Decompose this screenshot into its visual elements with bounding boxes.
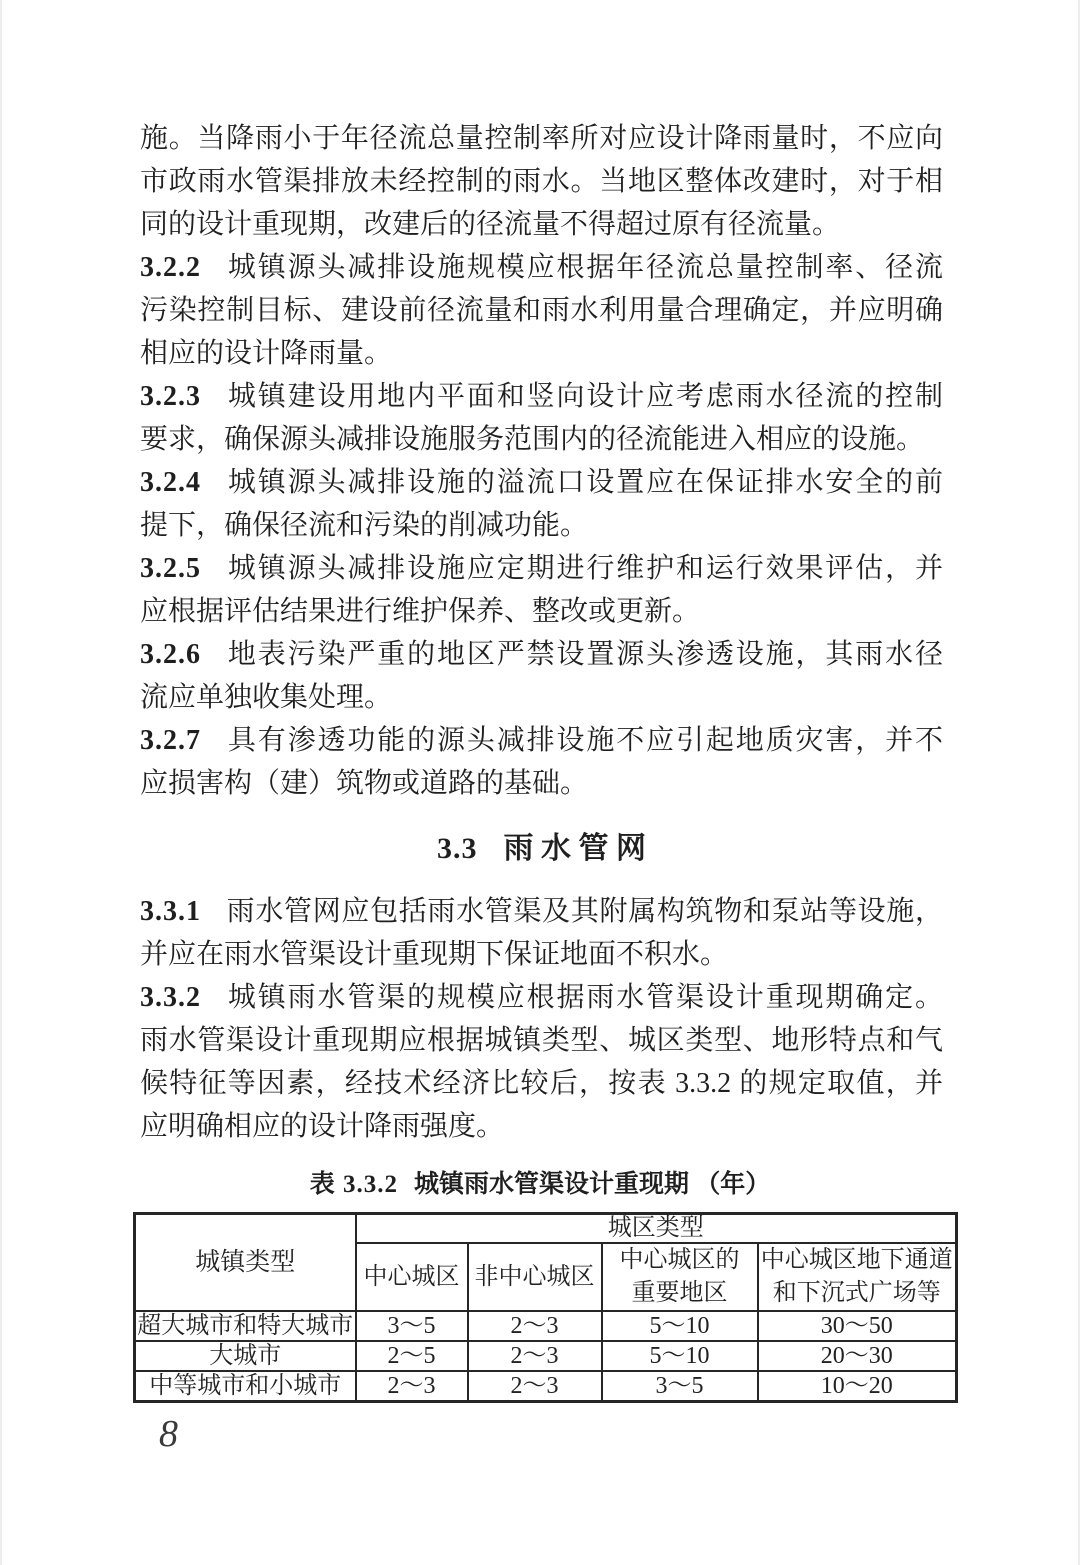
text-line: 并应在雨水管渠设计重现期下保证地面不积水。 (140, 933, 943, 976)
line-text: 提下，确保径流和污染的削减功能。 (140, 510, 588, 541)
value-cell: 2～3 (468, 1341, 602, 1371)
table-caption-number: 表 3.3.2 (310, 1171, 398, 1198)
clause-number: 3.3.1 (140, 896, 201, 927)
paragraph-3-2-4: 3.2.4城镇源头减排设施的溢流口设置应在保证排水安全的前 提下，确保径流和污染… (140, 461, 943, 547)
line-text: 应根据评估结果进行维护保养、整改或更新。 (140, 596, 700, 627)
table-row: 超大城市和特大城市 3～5 2～3 5～10 30～50 (135, 1311, 957, 1341)
section-heading: 3.3雨 水 管 网 (140, 826, 943, 872)
clause-number: 3.2.3 (140, 381, 201, 412)
table-caption: 表 3.3.2城镇雨水管渠设计重现期 （年） (2, 1168, 1078, 1202)
page-number: 8 (159, 1412, 178, 1456)
line-text: 同的设计重现期，改建后的径流量不得超过原有径流量。 (140, 209, 840, 240)
row-label-cell: 超大城市和特大城市 (135, 1311, 356, 1341)
clause-number: 3.2.7 (140, 725, 201, 756)
text-line: 3.3.2城镇雨水管渠的规模应根据雨水管渠设计重现期确定。 (140, 976, 943, 1019)
clause-number: 3.2.2 (140, 252, 201, 283)
line-text: 施。当降雨小于年径流总量控制率所对应设计降雨量时，不应向 (140, 123, 943, 154)
text-line: 流应单独收集处理。 (140, 676, 943, 719)
text-line: 提下，确保径流和污染的削减功能。 (140, 504, 943, 547)
paragraph-3-2-7: 3.2.7具有渗透功能的源头减排设施不应引起地质灾害，并不 应损害构（建）筑物或… (140, 719, 943, 805)
text-line: 应根据评估结果进行维护保养、整改或更新。 (140, 590, 943, 633)
text-line: 3.2.2城镇源头减排设施规模应根据年径流总量控制率、径流 (140, 246, 943, 289)
value-cell: 20～30 (758, 1341, 957, 1371)
value-cell: 30～50 (758, 1311, 957, 1341)
column-header-cell: 中心城区地下通道 和下沉式广场等 (758, 1243, 957, 1311)
value-cell: 5～10 (602, 1311, 758, 1341)
line-text: 城镇源头减排设施规模应根据年径流总量控制率、径流 (226, 252, 943, 283)
value-cell: 2～3 (356, 1371, 468, 1402)
line-text: 并应在雨水管渠设计重现期下保证地面不积水。 (140, 939, 728, 970)
corner-header-cell: 城镇类型 (135, 1214, 356, 1312)
line-text: 城镇建设用地内平面和竖向设计应考虑雨水径流的控制 (226, 381, 943, 412)
line-text: 城镇源头减排设施的溢流口设置应在保证排水安全的前 (226, 467, 943, 498)
line-text: 应损害构（建）筑物或道路的基础。 (140, 768, 588, 799)
text-line: 市政雨水管渠排放未经控制的雨水。当地区整体改建时，对于相 (140, 160, 943, 203)
text-line: 应明确相应的设计降雨强度。 (140, 1105, 943, 1148)
clause-number: 3.3.2 (140, 982, 201, 1013)
value-cell: 3～5 (602, 1371, 758, 1402)
line-text: 流应单独收集处理。 (140, 682, 392, 713)
text-line: 3.2.6地表污染严重的地区严禁设置源头渗透设施，其雨水径 (140, 633, 943, 676)
line-text: 雨水管渠设计重现期应根据城镇类型、城区类型、地形特点和气 (140, 1025, 943, 1056)
column-header-cell: 非中心城区 (468, 1243, 602, 1311)
line-text: 城镇雨水管渠的规模应根据雨水管渠设计重现期确定。 (226, 982, 943, 1013)
column-header-cell: 中心城区 (356, 1243, 468, 1311)
value-cell: 10～20 (758, 1371, 957, 1402)
value-cell: 5～10 (602, 1341, 758, 1371)
value-cell: 2～5 (356, 1341, 468, 1371)
paragraph-3-2-6: 3.2.6地表污染严重的地区严禁设置源头渗透设施，其雨水径 流应单独收集处理。 (140, 633, 943, 719)
section-number: 3.3 (437, 832, 478, 865)
section-title: 雨 水 管 网 (504, 832, 647, 865)
paragraph-3-2-3: 3.2.3城镇建设用地内平面和竖向设计应考虑雨水径流的控制 要求，确保源头减排设… (140, 375, 943, 461)
value-cell: 2～3 (468, 1371, 602, 1402)
paragraph-3-3-1: 3.3.1雨水管网应包括雨水管渠及其附属构筑物和泵站等设施， 并应在雨水管渠设计… (140, 890, 943, 976)
line-text: 市政雨水管渠排放未经控制的雨水。当地区整体改建时，对于相 (140, 166, 943, 197)
text-line: 应损害构（建）筑物或道路的基础。 (140, 762, 943, 805)
text-line: 要求，确保源头减排设施服务范围内的径流能进入相应的设施。 (140, 418, 943, 461)
text-line: 3.2.7具有渗透功能的源头减排设施不应引起地质灾害，并不 (140, 719, 943, 762)
text-line: 3.2.3城镇建设用地内平面和竖向设计应考虑雨水径流的控制 (140, 375, 943, 418)
line-text: 城镇源头减排设施应定期进行维护和运行效果评估，并 (226, 553, 943, 584)
line-text: 污染控制目标、建设前径流量和雨水利用量合理确定，并应明确 (140, 295, 943, 326)
paragraph-3-3-2: 3.3.2城镇雨水管渠的规模应根据雨水管渠设计重现期确定。 雨水管渠设计重现期应… (140, 976, 943, 1148)
table-row: 大城市 2～5 2～3 5～10 20～30 (135, 1341, 957, 1371)
line-text: 具有渗透功能的源头减排设施不应引起地质灾害，并不 (226, 725, 943, 756)
table-row: 中等城市和小城市 2～3 2～3 3～5 10～20 (135, 1371, 957, 1402)
line-text: 候特征等因素，经技术经济比较后，按表 3.3.2 的规定取值，并 (140, 1068, 943, 1099)
table-header-row-1: 城镇类型 城区类型 (135, 1214, 957, 1244)
text-line: 3.2.4城镇源头减排设施的溢流口设置应在保证排水安全的前 (140, 461, 943, 504)
paragraph-3-2-5: 3.2.5城镇源头减排设施应定期进行维护和运行效果评估，并 应根据评估结果进行维… (140, 547, 943, 633)
clause-number: 3.2.6 (140, 639, 201, 670)
column-header-cell: 中心城区的 重要地区 (602, 1243, 758, 1311)
text-line: 施。当降雨小于年径流总量控制率所对应设计降雨量时，不应向 (140, 117, 943, 160)
text-line: 相应的设计降雨量。 (140, 332, 943, 375)
table-caption-title: 城镇雨水管渠设计重现期 （年） (414, 1171, 770, 1198)
text-line: 同的设计重现期，改建后的径流量不得超过原有径流量。 (140, 203, 943, 246)
row-label-cell: 中等城市和小城市 (135, 1371, 356, 1402)
text-line: 3.3.1雨水管网应包括雨水管渠及其附属构筑物和泵站等设施， (140, 890, 943, 933)
clause-number: 3.2.5 (140, 553, 201, 584)
paragraph-3-2-2: 3.2.2城镇源头减排设施规模应根据年径流总量控制率、径流 污染控制目标、建设前… (140, 246, 943, 375)
text-line: 3.2.5城镇源头减排设施应定期进行维护和运行效果评估，并 (140, 547, 943, 590)
body-text: 施。当降雨小于年径流总量控制率所对应设计降雨量时，不应向 市政雨水管渠排放未经控… (140, 117, 943, 1148)
group-header-cell: 城区类型 (356, 1214, 957, 1244)
text-line: 雨水管渠设计重现期应根据城镇类型、城区类型、地形特点和气 (140, 1019, 943, 1062)
row-label-cell: 大城市 (135, 1341, 356, 1371)
line-text: 相应的设计降雨量。 (140, 338, 392, 369)
text-line: 候特征等因素，经技术经济比较后，按表 3.3.2 的规定取值，并 (140, 1062, 943, 1105)
value-cell: 3～5 (356, 1311, 468, 1341)
value-cell: 2～3 (468, 1311, 602, 1341)
line-text: 应明确相应的设计降雨强度。 (140, 1111, 504, 1142)
text-line: 污染控制目标、建设前径流量和雨水利用量合理确定，并应明确 (140, 289, 943, 332)
paragraph-continuation: 施。当降雨小于年径流总量控制率所对应设计降雨量时，不应向 市政雨水管渠排放未经控… (140, 117, 943, 246)
line-text: 地表污染严重的地区严禁设置源头渗透设施，其雨水径 (226, 639, 943, 670)
line-text: 要求，确保源头减排设施服务范围内的径流能进入相应的设施。 (140, 424, 924, 455)
line-text: 雨水管网应包括雨水管渠及其附属构筑物和泵站等设施， (226, 896, 943, 927)
clause-number: 3.2.4 (140, 467, 201, 498)
design-return-period-table: 城镇类型 城区类型 中心城区 非中心城区 中心城区的 重要地区 中心城区地下通道… (133, 1212, 958, 1403)
document-page: 施。当降雨小于年径流总量控制率所对应设计降雨量时，不应向 市政雨水管渠排放未经控… (0, 0, 1080, 1565)
